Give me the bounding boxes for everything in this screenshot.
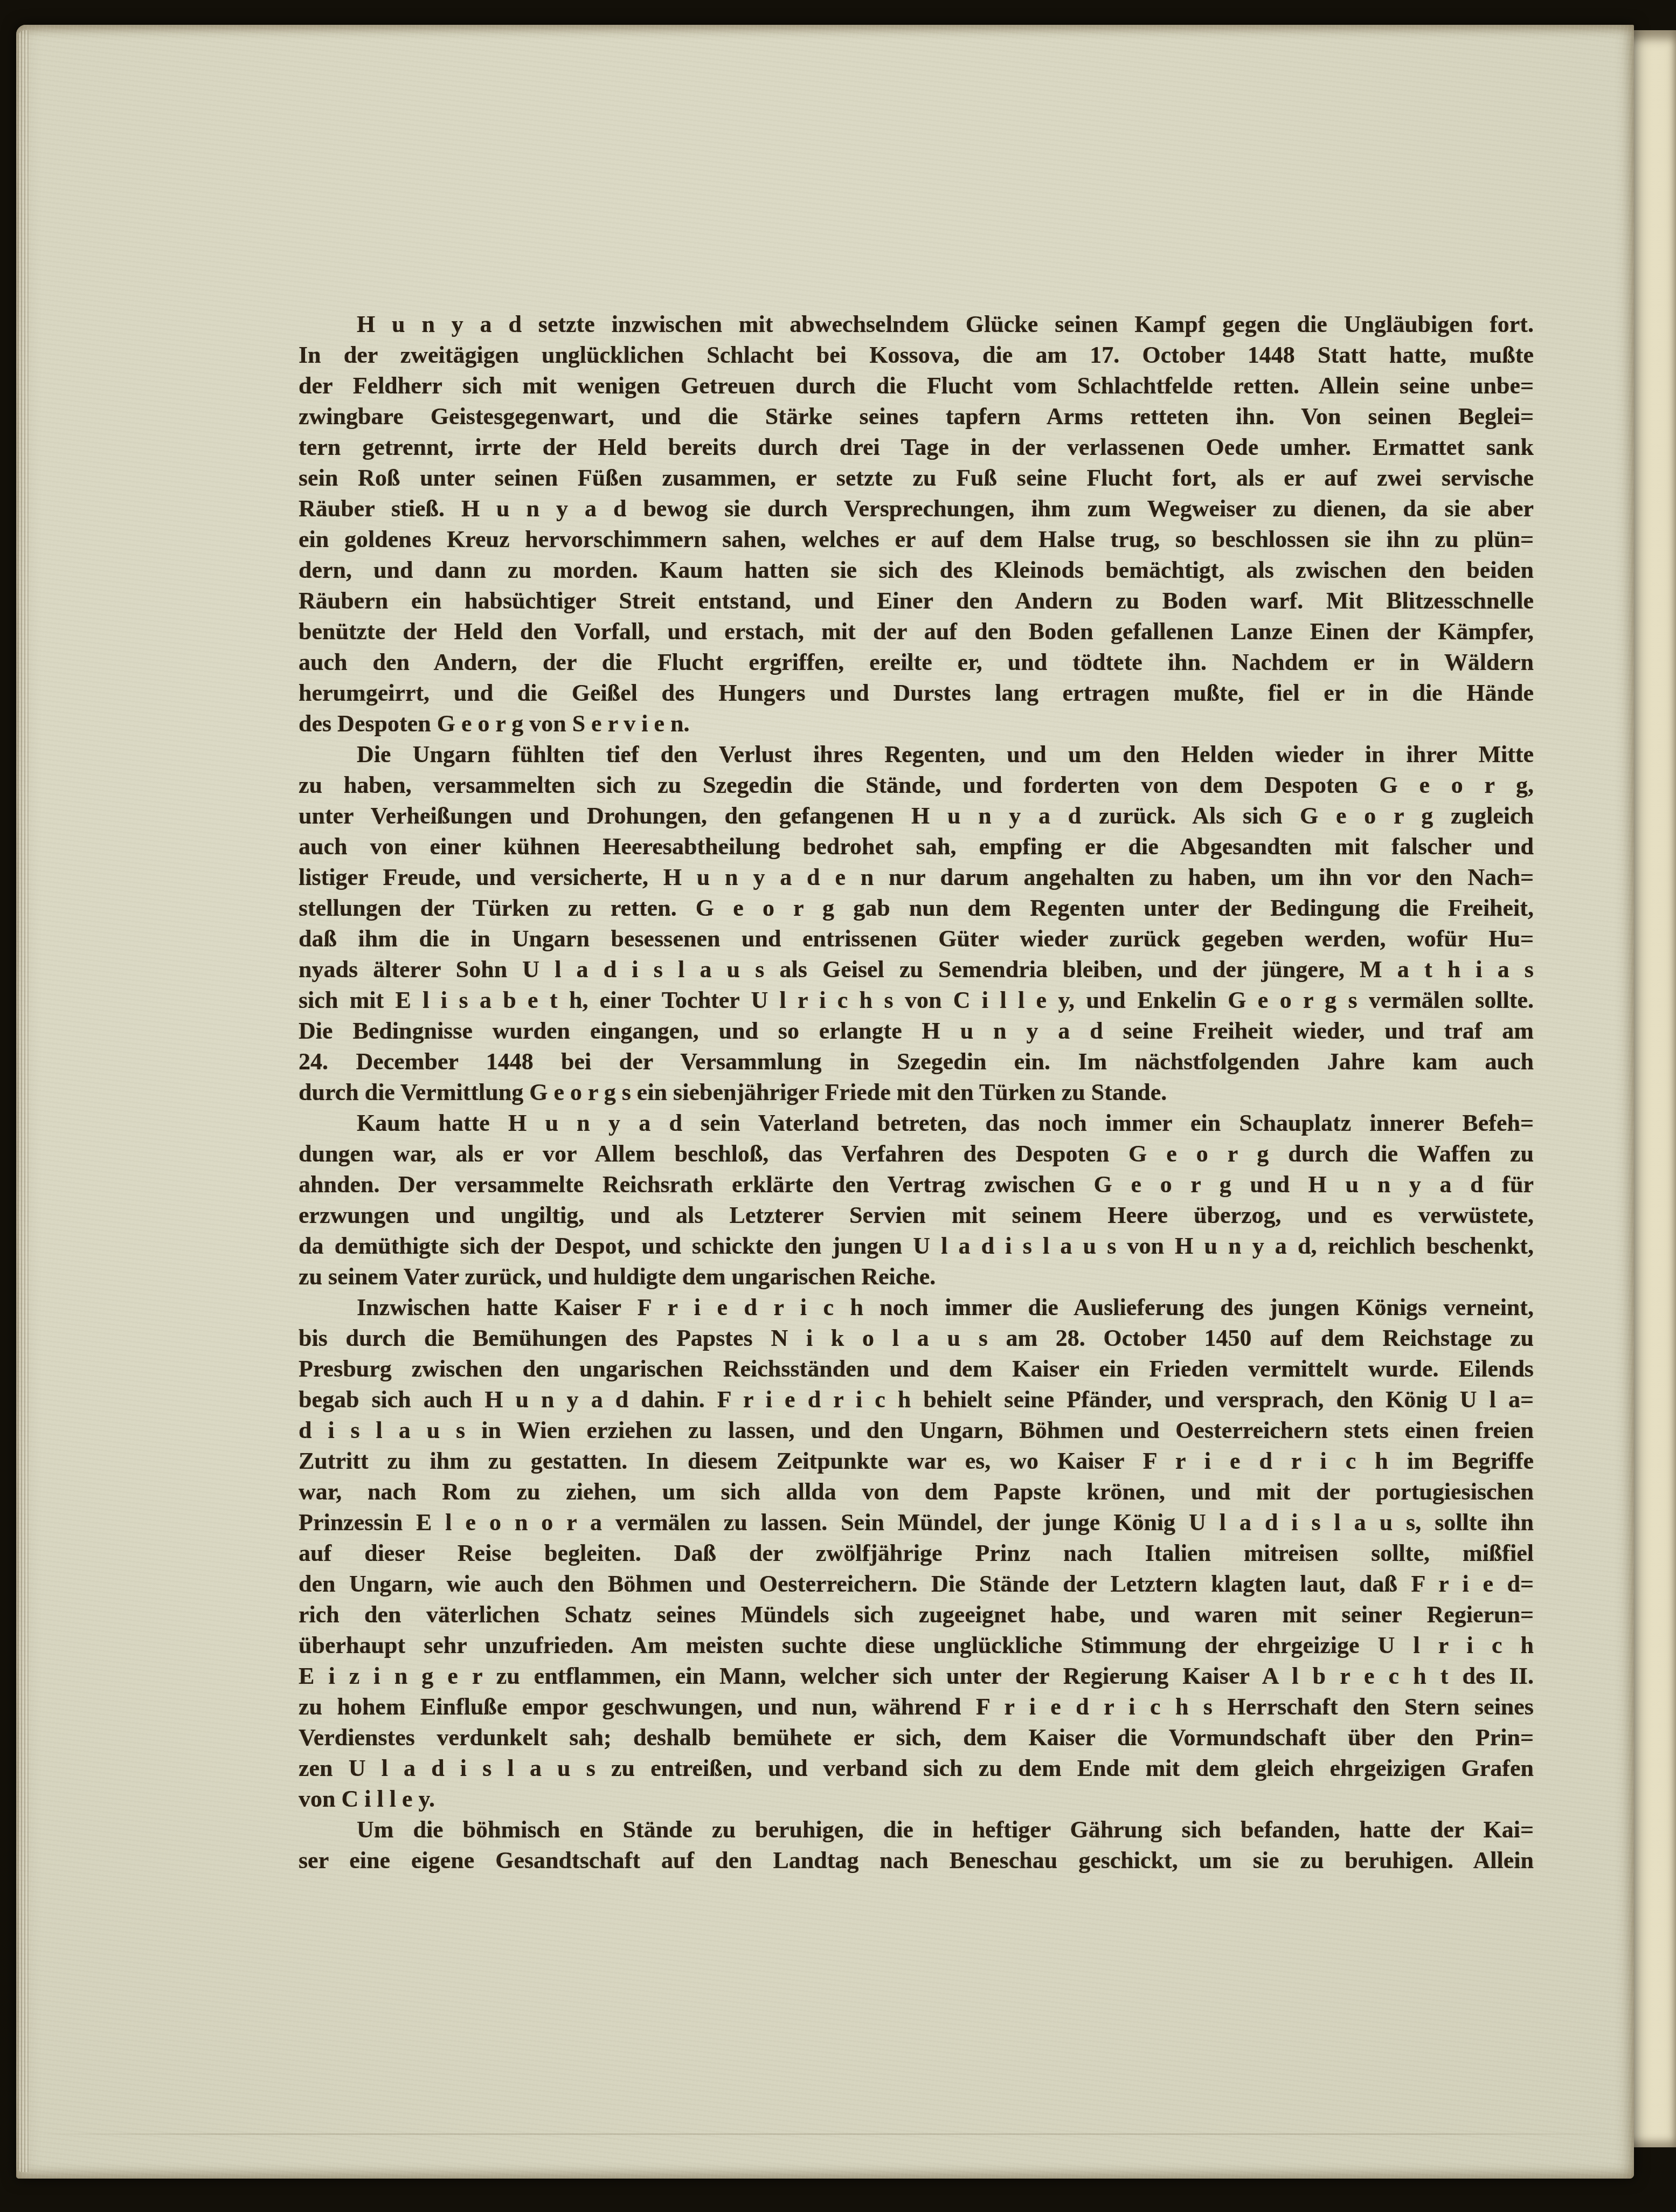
text-line-p4-14: zu hohem Einfluße empor geschwungen, und… xyxy=(299,1691,1534,1722)
text-line-p2-11: 24. December 1448 bei der Versammlung in… xyxy=(299,1046,1534,1077)
text-line-p4-7: war, nach Rom zu ziehen, um sich allda v… xyxy=(299,1476,1534,1507)
text-line-p1-9: dern, und dann zu morden. Kaum hatten si… xyxy=(299,555,1534,585)
text-line-p4-8: Prinzessin E l e o n o r a vermälen zu l… xyxy=(299,1507,1534,1538)
text-line-p4-13: E i z i n g e r zu entflammen, ein Mann,… xyxy=(299,1661,1534,1691)
text-line-p4-1: Inzwischen hatte Kaiser F r i e d r i c … xyxy=(299,1292,1534,1323)
text-line-p1-14: des Despoten G e o r g von S e r v i e n… xyxy=(299,708,1534,739)
text-line-p4-12: überhaupt sehr unzufrieden. Am meisten s… xyxy=(299,1630,1534,1661)
text-line-p1-2: In der zweitägigen unglücklichen Schlach… xyxy=(299,340,1534,370)
text-line-p4-16: zen U l a d i s l a u s zu entreißen, un… xyxy=(299,1753,1534,1784)
text-line-p3-3: ahnden. Der versammelte Reichsrath erklä… xyxy=(299,1169,1534,1200)
text-line-p1-11: benützte der Held den Vorfall, und ersta… xyxy=(299,616,1534,647)
text-line-p5-2: ser eine eigene Gesandtschaft auf den La… xyxy=(299,1845,1534,1876)
text-line-p2-9: sich mit E l i s a b e t h, einer Tochte… xyxy=(299,985,1534,1015)
text-line-p3-4: erzwungen und ungiltig, und als Letztere… xyxy=(299,1200,1534,1231)
text-line-p4-6: Zutritt zu ihm zu gestatten. In diesem Z… xyxy=(299,1446,1534,1476)
text-line-p4-4: begab sich auch H u n y a d dahin. F r i… xyxy=(299,1384,1534,1415)
text-line-p1-1: H u n y a d setzte inzwischen mit abwech… xyxy=(299,309,1534,340)
text-line-p4-3: Presburg zwischen den ungarischen Reichs… xyxy=(299,1353,1534,1384)
text-line-p2-1: Die Ungarn fühlten tief den Verlust ihre… xyxy=(299,739,1534,770)
text-line-p3-1: Kaum hatte H u n y a d sein Vaterland be… xyxy=(299,1108,1534,1138)
text-line-p2-8: nyads älterer Sohn U l a d i s l a u s a… xyxy=(299,954,1534,985)
text-line-p1-8: ein goldenes Kreuz hervorschimmern sahen… xyxy=(299,524,1534,555)
text-line-p4-2: bis durch die Bemühungen des Papstes N i… xyxy=(299,1323,1534,1353)
text-line-p4-15: Verdienstes verdunkelt sah; deshalb bemü… xyxy=(299,1722,1534,1753)
text-line-p2-2: zu haben, versammelten sich zu Szegedin … xyxy=(299,770,1534,800)
text-line-p2-3: unter Verheißungen und Drohungen, den ge… xyxy=(299,800,1534,831)
text-line-p5-1: Um die böhmisch en Stände zu beruhigen, … xyxy=(299,1814,1534,1845)
text-line-p3-6: zu seinem Vater zurück, und huldigte dem… xyxy=(299,1261,1534,1292)
text-line-p1-12: auch den Andern, der die Flucht ergriffe… xyxy=(299,647,1534,678)
text-line-p4-17: von C i l l e y. xyxy=(299,1784,1534,1814)
text-line-p1-5: tern getrennt, irrte der Held bereits du… xyxy=(299,432,1534,462)
text-line-p1-6: sein Roß unter seinen Füßen zusammen, er… xyxy=(299,462,1534,493)
text-line-p4-10: den Ungarn, wie auch den Böhmen und Oest… xyxy=(299,1568,1534,1599)
text-line-p3-2: dungen war, als er vor Allem beschloß, d… xyxy=(299,1138,1534,1169)
text-line-p1-13: herumgeirrt, und die Geißel des Hungers … xyxy=(299,678,1534,708)
text-line-p4-9: auf dieser Reise begleiten. Daß der zwöl… xyxy=(299,1538,1534,1568)
text-line-p4-5: d i s l a u s in Wien erziehen zu lassen… xyxy=(299,1415,1534,1446)
text-line-p2-12: durch die Vermittlung G e o r g s ein si… xyxy=(299,1077,1534,1108)
page-stack-edges xyxy=(18,30,29,2172)
text-line-p2-7: daß ihm die in Ungarn besessenen und ent… xyxy=(299,923,1534,954)
body-text: H u n y a d setzte inzwischen mit abwech… xyxy=(299,309,1534,1876)
text-line-p3-5: da demüthigte sich der Despot, und schic… xyxy=(299,1231,1534,1261)
text-line-p2-5: listiger Freude, und versicherte, H u n … xyxy=(299,862,1534,893)
book-page: H u n y a d setzte inzwischen mit abwech… xyxy=(16,25,1634,2179)
paper-fold-line xyxy=(28,2133,1629,2135)
text-line-p1-7: Räuber stieß. H u n y a d bewog sie durc… xyxy=(299,493,1534,524)
text-line-p1-3: der Feldherr sich mit wenigen Getreuen d… xyxy=(299,370,1534,401)
text-line-p1-10: Räubern ein habsüchtiger Streit entstand… xyxy=(299,585,1534,616)
text-line-p2-6: stellungen der Türken zu retten. G e o r… xyxy=(299,893,1534,923)
text-line-p2-4: auch von einer kühnen Heeresabtheilung b… xyxy=(299,831,1534,862)
text-line-p4-11: rich den väterlichen Schatz seines Münde… xyxy=(299,1599,1534,1630)
text-line-p2-10: Die Bedingnisse wurden eingangen, und so… xyxy=(299,1015,1534,1046)
text-line-p1-4: zwingbare Geistesgegenwart, und die Stär… xyxy=(299,401,1534,432)
